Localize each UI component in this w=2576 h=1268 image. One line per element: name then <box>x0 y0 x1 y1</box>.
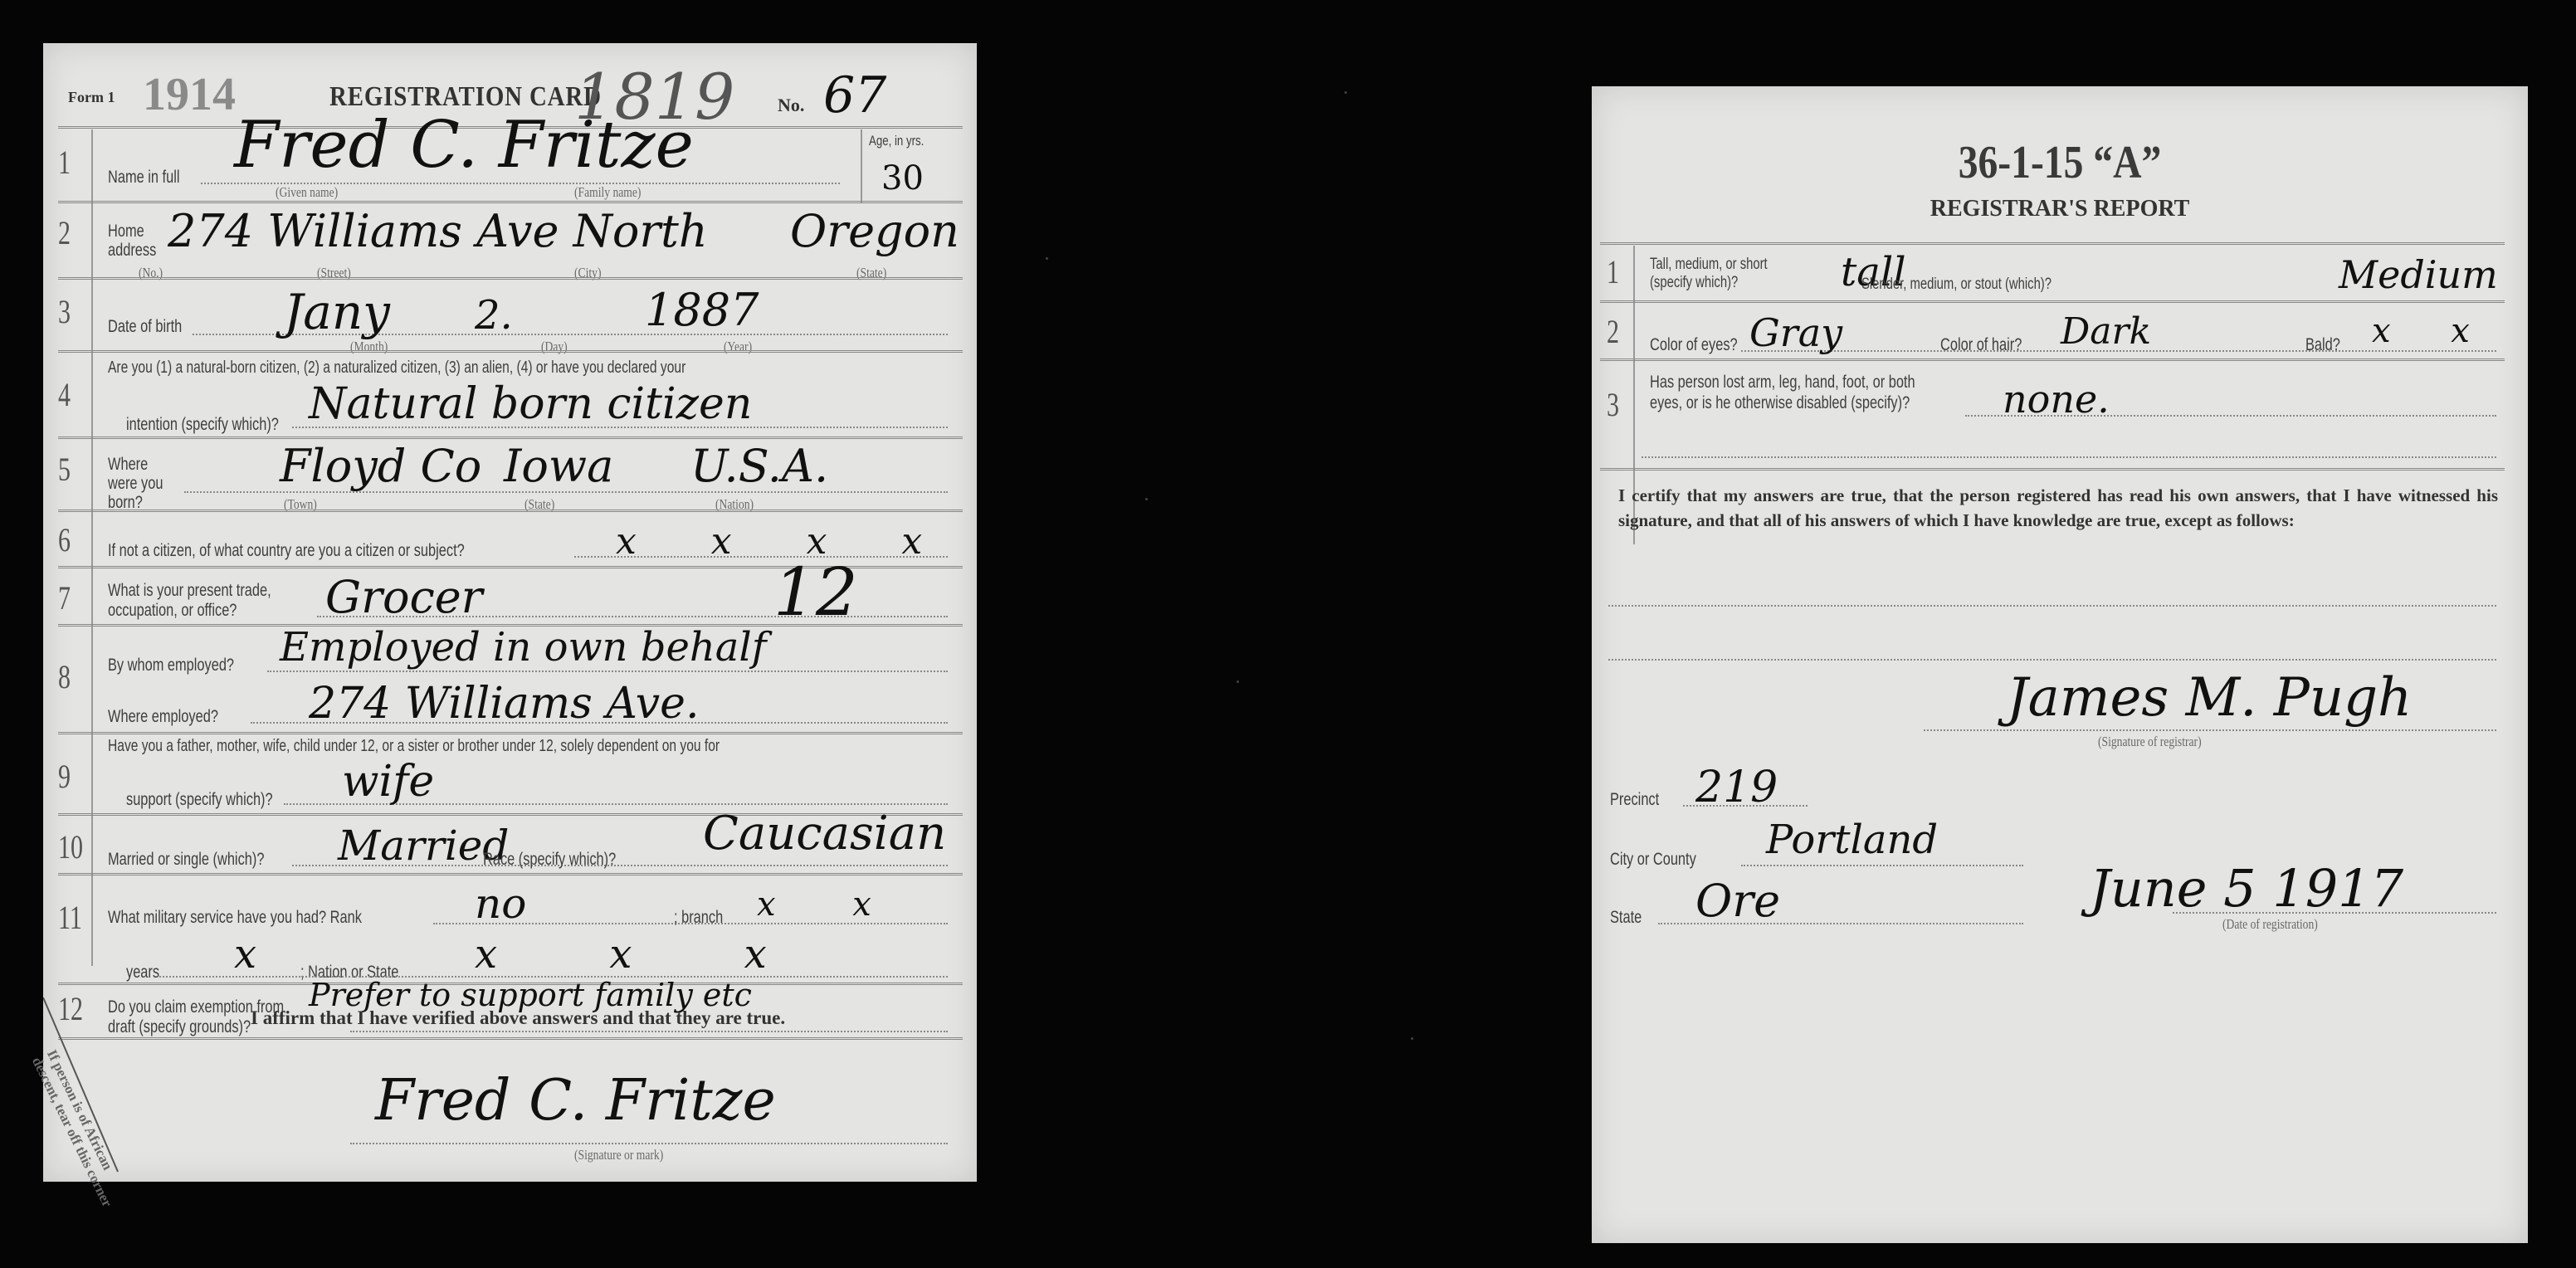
row-number: 9 <box>58 757 71 796</box>
row-number: 10 <box>58 827 83 866</box>
build-value: Medium <box>2339 252 2498 297</box>
fill-line <box>1741 865 2023 866</box>
registrar-signature-label: (Signature of registrar) <box>2098 734 2202 750</box>
row-number: 1 <box>58 143 71 182</box>
field-label: intention (specify which)? <box>126 415 279 435</box>
exceptions-line <box>1608 659 2496 661</box>
field-label: Has person lost arm, leg, hand, foot, or… <box>1650 372 1922 413</box>
occupation-code-annotation: 12 <box>773 554 858 631</box>
fill-line <box>1642 456 2496 458</box>
military-branch-value: x x <box>757 885 905 924</box>
state-label: State <box>1610 908 1642 928</box>
divider <box>1600 358 2505 361</box>
employer-value: Employed in own behalf <box>280 624 767 671</box>
row-number: 4 <box>58 375 71 414</box>
birth-state: Iowa <box>504 440 613 492</box>
row-number: 8 <box>58 657 71 696</box>
birth-month: Jany <box>284 284 390 340</box>
divider <box>58 436 963 439</box>
birth-year: 1887 <box>645 284 759 336</box>
row-number: 6 <box>58 520 71 559</box>
sublabel: (Month) <box>350 339 388 355</box>
divider <box>58 201 963 203</box>
row-number: 3 <box>58 292 71 331</box>
sublabel: (Given name) <box>276 184 338 201</box>
divider <box>58 350 963 353</box>
address-state-value: Oregon <box>790 205 959 257</box>
birth-town: Floyd Co <box>280 440 481 492</box>
signature-label: (Signature or mark) <box>574 1147 663 1163</box>
field-label: support (specify which)? <box>126 790 273 810</box>
field-label: Have you a father, mother, wife, child u… <box>108 737 720 756</box>
birth-day: 2. <box>475 292 513 339</box>
race-value: Caucasian <box>703 807 946 861</box>
year-stamp: 1914 <box>143 68 236 121</box>
name-value: Fred C. Fritze <box>234 108 694 183</box>
divider <box>58 277 963 280</box>
field-label: By whom employed? <box>108 656 234 675</box>
dependents-value: wife <box>342 757 434 807</box>
film-speck <box>1237 680 1239 683</box>
certification-text: I certify that my answers are true, that… <box>1618 483 2498 534</box>
city-label: City or County <box>1610 850 1696 870</box>
serial-code: 36-1-15 “A” <box>1662 136 2458 189</box>
registrars-report-card: 36-1-15 “A” REGISTRAR'S REPORT 1 Tall, m… <box>1592 86 2528 1243</box>
row-number: 11 <box>58 898 82 937</box>
field-label: Married or single (which)? <box>108 850 264 870</box>
field-label: If not a citizen, of what country are yo… <box>108 541 465 561</box>
field-label: Are you (1) a natural-born citizen, (2) … <box>108 358 685 378</box>
signature-line <box>350 1143 948 1144</box>
age-column-line <box>861 129 862 202</box>
field-label: Date of birth <box>108 317 182 337</box>
occupation-value: Grocer <box>325 571 482 623</box>
field-label: Bald? <box>2305 335 2340 355</box>
row-number: 1 <box>1607 252 1619 291</box>
military-nation-value: x x x <box>475 931 817 978</box>
field-label: Where were you born? <box>108 455 173 512</box>
divider <box>1600 242 2505 245</box>
field-label: Home address <box>108 222 166 260</box>
form-label: Form 1 <box>68 89 115 106</box>
eye-color-value: Gray <box>1749 310 1842 355</box>
film-speck <box>1046 257 1048 260</box>
film-speck <box>1344 91 1347 94</box>
date-line <box>2173 912 2496 914</box>
precinct-label: Precinct <box>1610 790 1659 810</box>
sublabel: (Year) <box>724 339 752 355</box>
registration-card: Form 1 1914 REGISTRATION CARD 1819 No. 6… <box>43 43 977 1182</box>
divider <box>1600 300 2505 303</box>
fill-line <box>267 671 948 672</box>
affirmation-text: I affirm that I have verified above answ… <box>251 1007 785 1029</box>
number-label: No. <box>778 95 804 116</box>
disability-value: none. <box>2003 377 2110 422</box>
field-label: Color of eyes? <box>1650 335 1738 355</box>
sublabel: (Day) <box>541 339 568 355</box>
sublabel: (Family name) <box>574 184 641 201</box>
field-label: Tall, medium, or short (specify which)? <box>1650 256 1798 292</box>
row-number: 2 <box>58 213 71 252</box>
state-value: Ore <box>1695 875 1780 927</box>
registrant-signature: Fred C. Fritze <box>375 1068 776 1134</box>
military-rank-value: no <box>475 880 526 928</box>
fill-line <box>350 1031 948 1032</box>
row-number-column-line <box>91 129 93 966</box>
city-value: Portland <box>1766 817 1938 863</box>
divider <box>1600 468 2505 471</box>
field-label: What military service have you had? Rank <box>108 908 362 928</box>
card-number: 67 <box>823 66 886 124</box>
age-label: Age, in yrs. <box>869 133 924 149</box>
registration-date-value: June 5 1917 <box>2090 858 2403 919</box>
signature-line <box>1924 729 2496 731</box>
report-title: REGISTRAR'S REPORT <box>1592 196 2528 222</box>
divider <box>58 732 963 734</box>
citizenship-value: Natural born citizen <box>309 379 752 429</box>
film-speck <box>1411 1037 1413 1040</box>
divider <box>58 873 963 875</box>
exceptions-line <box>1608 605 2496 607</box>
field-label: What is your present trade, occupation, … <box>108 581 302 621</box>
field-label: ; branch <box>674 908 723 928</box>
hair-color-value: Dark <box>2061 310 2151 353</box>
employment-location-value: 274 Williams Ave. <box>309 679 700 729</box>
birth-nation: U.S.A. <box>690 440 828 492</box>
field-label: Slender, medium, or stout (which)? <box>1861 276 2052 294</box>
precinct-value: 219 <box>1695 763 1778 812</box>
bald-value: x x <box>2372 312 2495 350</box>
field-label: Color of hair? <box>1940 335 2022 355</box>
row-number: 5 <box>58 450 71 489</box>
divider <box>58 510 963 512</box>
field-label: Name in full <box>108 168 179 188</box>
address-value: 274 Williams Ave North <box>168 205 708 257</box>
field-label: years <box>126 963 159 983</box>
registration-date-label: (Date of registration) <box>2222 916 2318 933</box>
film-speck <box>1145 498 1148 500</box>
field-label: Race (specify which)? <box>483 850 616 870</box>
registrar-signature: James M. Pugh <box>2007 667 2412 729</box>
military-years-value: x <box>234 931 256 978</box>
field-label: Where employed? <box>108 707 218 727</box>
row-number: 2 <box>1607 312 1619 351</box>
age-value: 30 <box>881 159 924 198</box>
row-number: 7 <box>58 578 71 617</box>
row-number: 3 <box>1607 385 1619 424</box>
